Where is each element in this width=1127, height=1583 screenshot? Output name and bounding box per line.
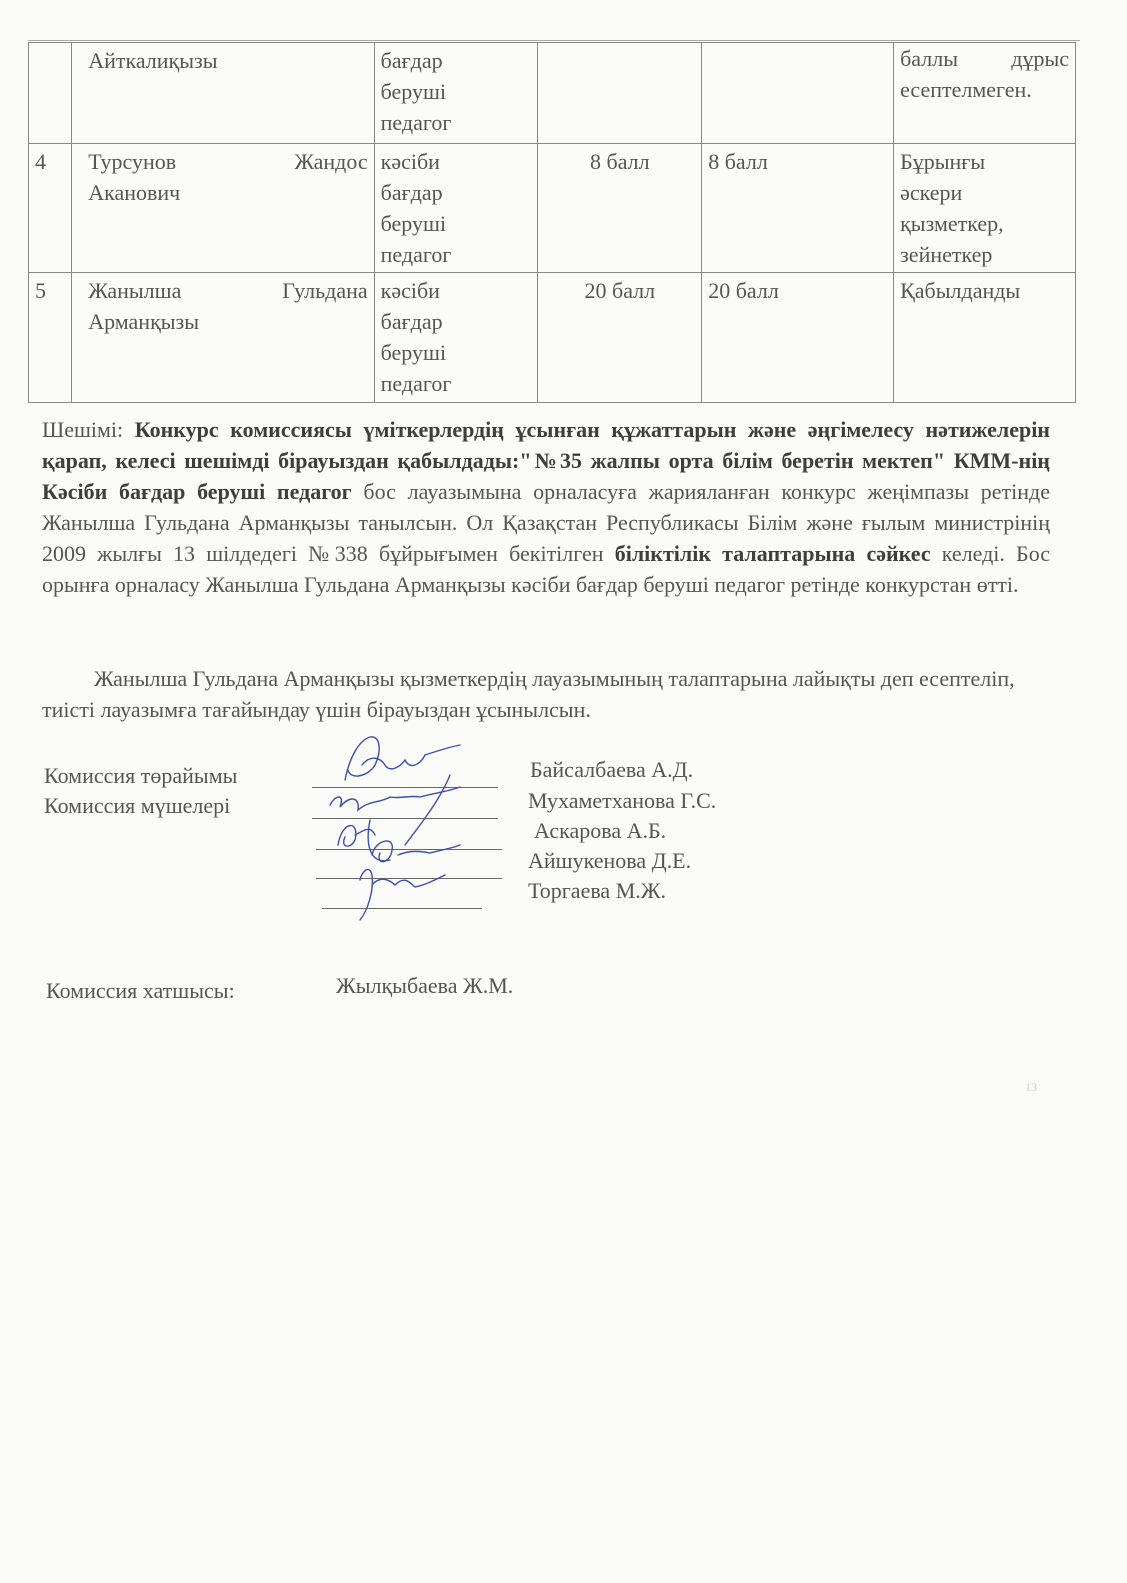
table-top-border bbox=[28, 40, 1080, 41]
note-line: Бұрынғы bbox=[900, 146, 1069, 177]
position-line: педагог bbox=[381, 368, 532, 399]
score-interview: 8 балл bbox=[702, 144, 894, 273]
position-line: беруші bbox=[381, 337, 532, 368]
note-line: әскери bbox=[900, 177, 1069, 208]
position-line: педагог bbox=[381, 107, 532, 138]
row-number bbox=[29, 43, 72, 144]
position: кәсіби бағдар беруші педагог bbox=[374, 273, 538, 403]
name-line: Арманқызы bbox=[88, 306, 367, 337]
member-name: Торгаева М.Ж. bbox=[528, 875, 666, 906]
name-line: ЖанылшаГульдана bbox=[88, 275, 367, 306]
position-line: бағдар bbox=[381, 306, 532, 337]
position-line: кәсіби bbox=[381, 146, 532, 177]
score-documents bbox=[538, 43, 702, 144]
secretary-label: Комиссия хатшысы: bbox=[46, 975, 235, 1006]
decision-label: Шешімі: bbox=[42, 417, 135, 442]
note: Қабылданды bbox=[894, 273, 1076, 403]
recommendation-paragraph: Жанылша Гульдана Арманқызы қызметкердің … bbox=[42, 663, 1050, 725]
decision-paragraph: Шешімі: Конкурс комиссиясы үміткерлердің… bbox=[42, 414, 1050, 600]
decision-bold-2: біліктілік талаптарына сәйкес bbox=[615, 541, 931, 566]
margin-mark: 13 bbox=[1025, 1080, 1037, 1095]
score-documents: 20 балл bbox=[538, 273, 702, 403]
position: бағдар беруші педагог bbox=[374, 43, 538, 144]
note-line: зейнеткер bbox=[900, 239, 1069, 270]
position-line: беруші bbox=[381, 208, 532, 239]
chair-label: Комиссия төрайымы bbox=[44, 760, 237, 791]
members-label: Комиссия мүшелері bbox=[44, 790, 230, 821]
note-line: қызметкер, bbox=[900, 208, 1069, 239]
row-number: 5 bbox=[29, 273, 72, 403]
table-row: 5 ЖанылшаГульдана Арманқызы кәсіби бағда… bbox=[29, 273, 1076, 403]
secretary-name: Жылқыбаева Ж.М. bbox=[336, 970, 513, 1001]
position-line: кәсіби bbox=[381, 275, 532, 306]
member-name: Мухаметханова Г.С. bbox=[528, 785, 716, 816]
position: кәсіби бағдар беруші педагог bbox=[374, 144, 538, 273]
candidate-name: ТурсуновЖандос Аканович bbox=[72, 144, 374, 273]
member-name: Аскарова А.Б. bbox=[534, 815, 666, 846]
position-line: бағдар bbox=[381, 177, 532, 208]
score-interview bbox=[702, 43, 894, 144]
member-name: Айшукенова Д.Е. bbox=[528, 845, 691, 876]
member-name: Байсалбаева А.Д. bbox=[530, 754, 693, 785]
name-line: ТурсуновЖандос bbox=[88, 146, 367, 177]
document-page: Айткалиқызы бағдар беруші педагог баллыд… bbox=[0, 0, 1127, 1583]
candidate-name: ЖанылшаГульдана Арманқызы bbox=[72, 273, 374, 403]
note-line: есептелмеген. bbox=[900, 74, 1069, 105]
name-line: Аканович bbox=[88, 177, 367, 208]
note: баллыдұрыс есептелмеген. bbox=[894, 43, 1076, 144]
position-line: беруші bbox=[381, 76, 532, 107]
results-table: Айткалиқызы бағдар беруші педагог баллыд… bbox=[28, 42, 1076, 403]
score-interview: 20 балл bbox=[702, 273, 894, 403]
table-row: 4 ТурсуновЖандос Аканович кәсіби бағдар … bbox=[29, 144, 1076, 273]
handwritten-signatures-icon bbox=[300, 725, 520, 925]
candidate-name: Айткалиқызы bbox=[72, 43, 374, 144]
note: Бұрынғы әскери қызметкер, зейнеткер bbox=[894, 144, 1076, 273]
score-documents: 8 балл bbox=[538, 144, 702, 273]
name-part: Айткалиқызы bbox=[88, 48, 217, 73]
position-line: педагог bbox=[381, 239, 532, 270]
position-line: бағдар bbox=[381, 45, 532, 76]
note-line: баллыдұрыс bbox=[900, 43, 1069, 74]
table-row: Айткалиқызы бағдар беруші педагог баллыд… bbox=[29, 43, 1076, 144]
row-number: 4 bbox=[29, 144, 72, 273]
